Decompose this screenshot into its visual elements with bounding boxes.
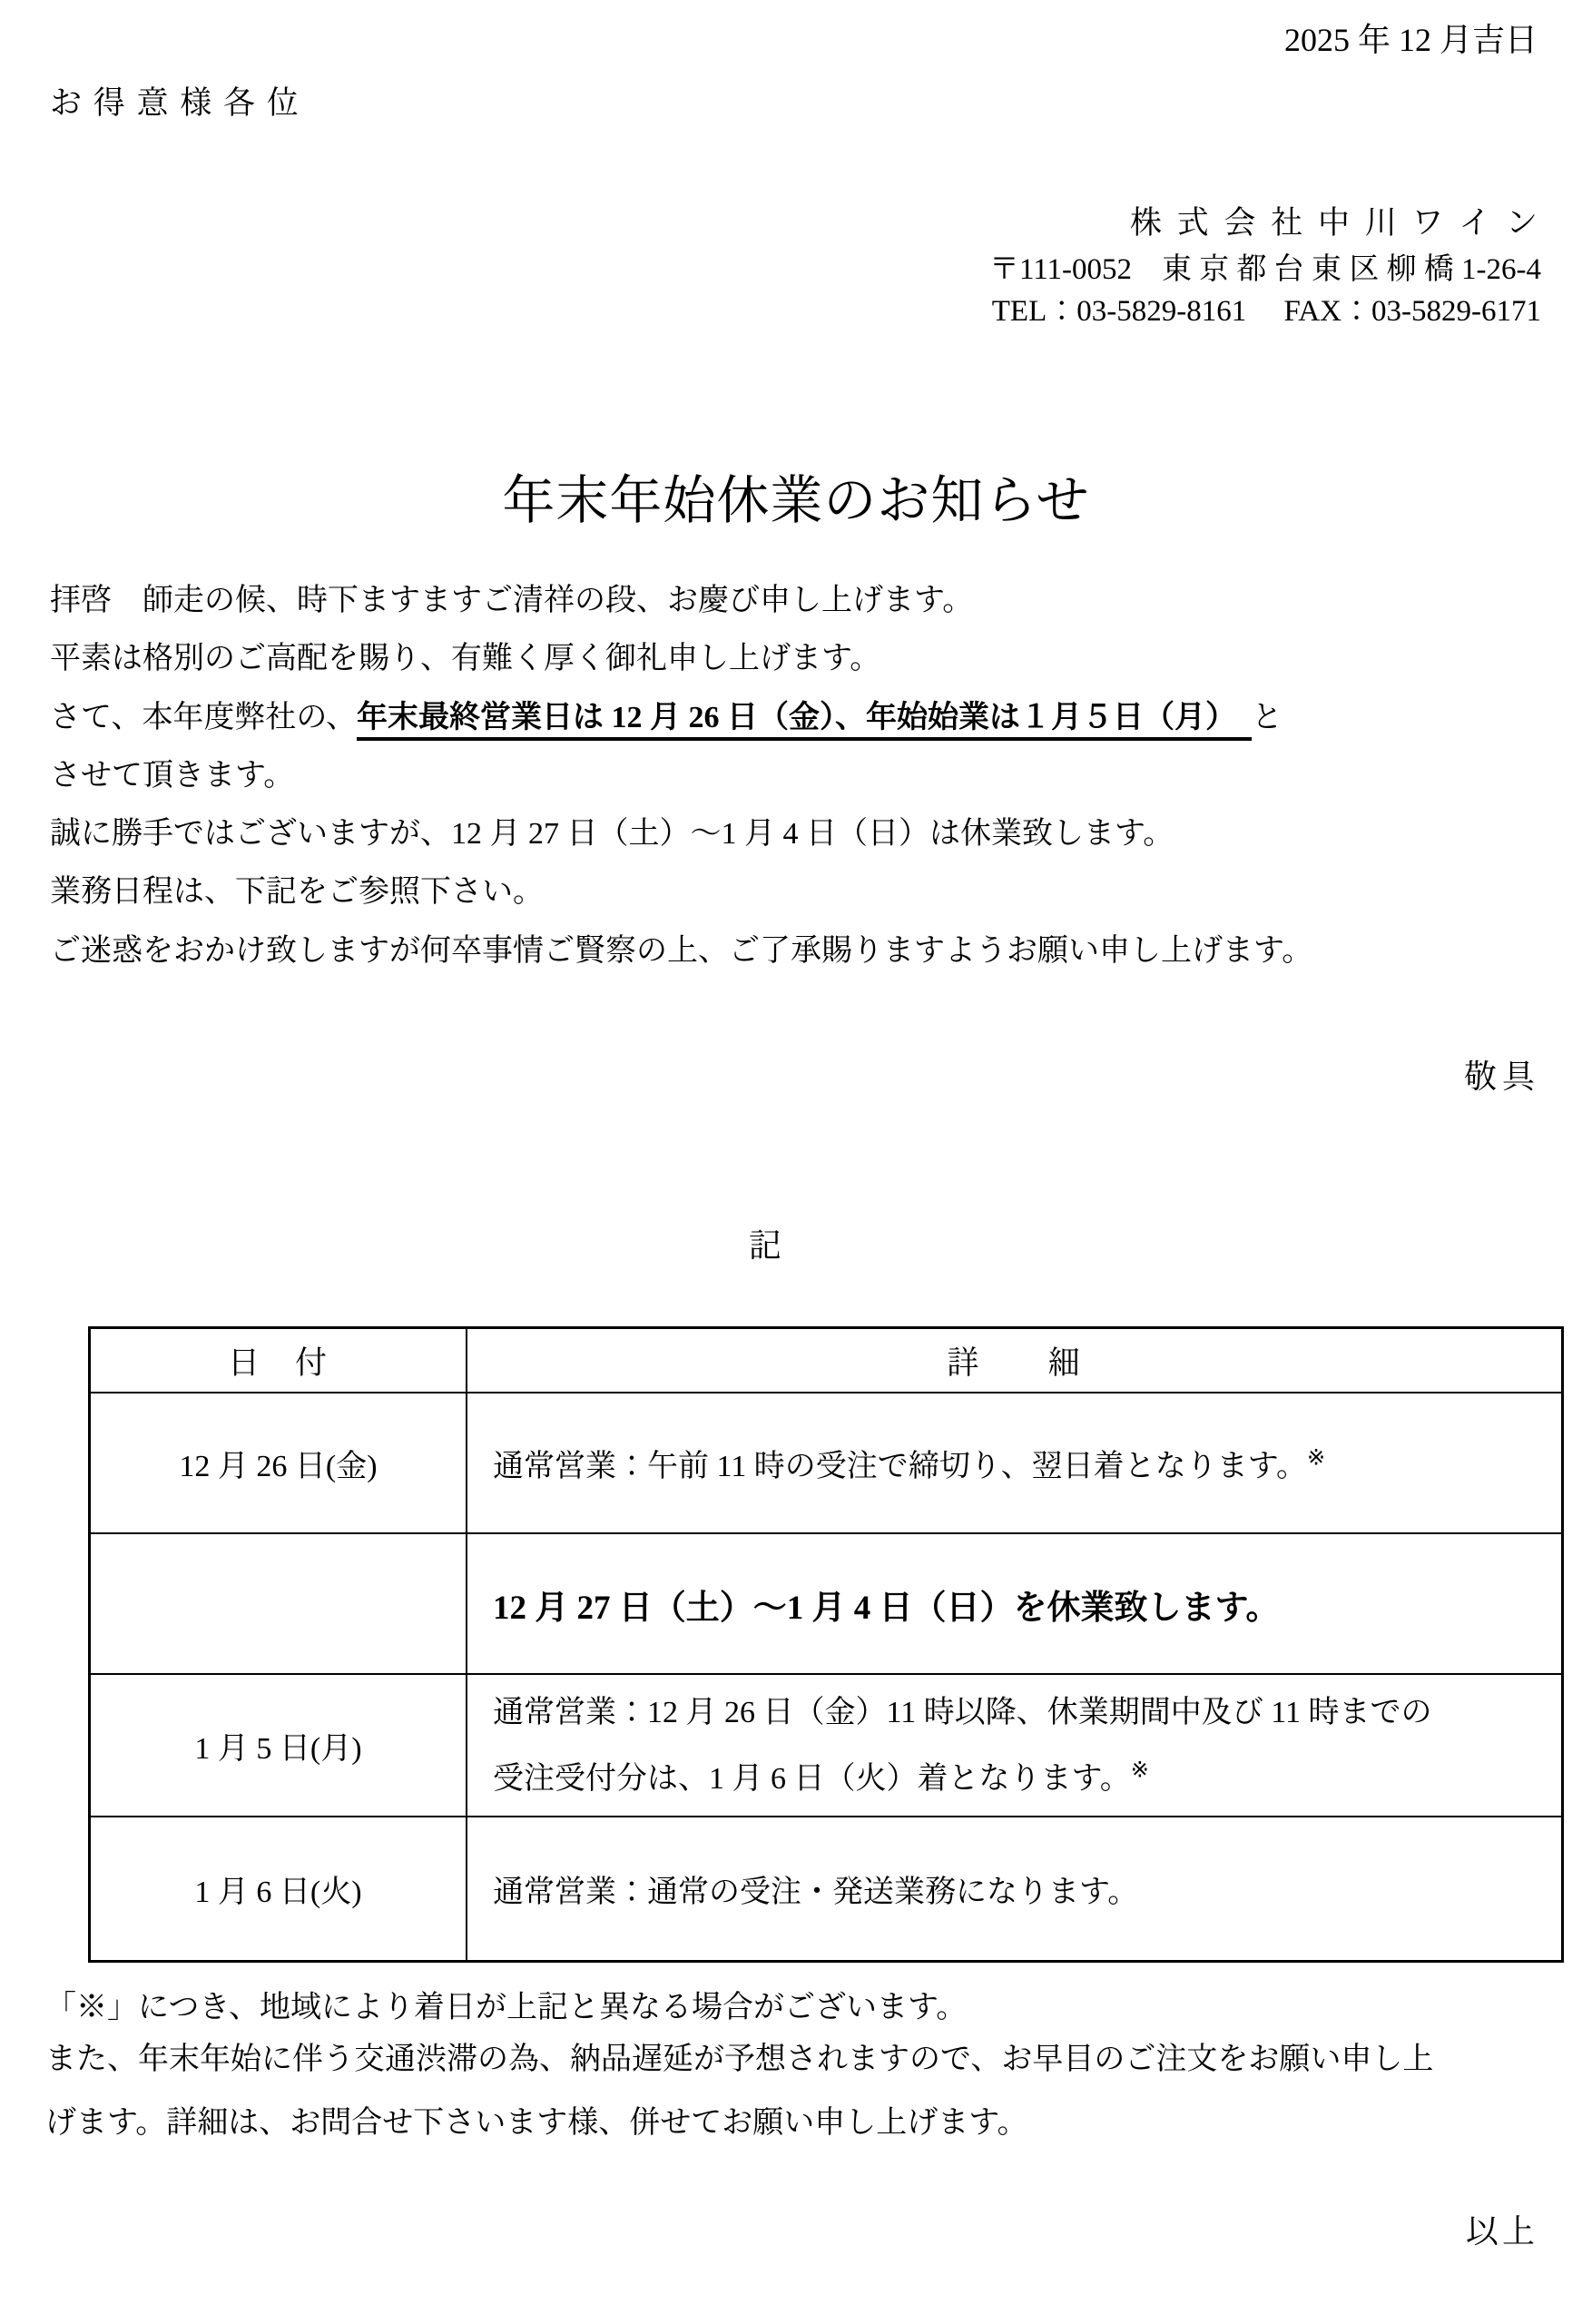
company-tel-fax: TEL：03-5829-8161 FAX：03-5829-6171 [989, 290, 1541, 332]
table-row: 12 月 27 日（土）～1 月 4 日（日）を休業致します。 [91, 1534, 1561, 1675]
detail-line: 受注受付分は、1 月 6 日（火）着となります。 [493, 1762, 1131, 1796]
table-row: 12 月 26 日(金) 通常営業：午前 11 時の受注で締切り、翌日着となりま… [91, 1393, 1561, 1534]
detail-line-2: 受注受付分は、1 月 6 日（火）着となります。※ [493, 1746, 1561, 1812]
table-row: 1 月 5 日(月) 通常営業：12 月 26 日（金）11 時以降、休業期間中… [91, 1675, 1561, 1817]
date-cell: 1 月 6 日(火) [91, 1817, 467, 1960]
letter-page: 2025 年 12 月吉日 お 得 意 様 各 位 株 式 会 社 中 川 ワ … [0, 0, 1592, 2324]
detail-cell: 通常営業：午前 11 時の受注で締切り、翌日着となります。※ [467, 1393, 1561, 1532]
body-line-7: ご迷惑をおかけ致しますが何卒事情ご賢察の上、ご了承賜りますようお願い申し上げます… [50, 922, 1312, 980]
header-detail-cell: 詳 細 [467, 1329, 1561, 1392]
footnote-asterisk-note: 「※」につき、地域により着日が上記と異なる場合がございます。 [45, 1982, 967, 2026]
note-asterisk: ※ [1131, 1758, 1149, 1782]
detail-cell: 通常営業：通常の受注・発送業務になります。 [467, 1817, 1561, 1960]
end-marker: 以上 [1466, 2206, 1538, 2252]
table-header-row: 日 付 詳 細 [91, 1329, 1561, 1393]
footnote-traffic-note: また、年末年始に伴う交通渋滞の為、納品遅延が予想されますので、お早目のご注文をお… [45, 2028, 1433, 2155]
table-row: 1 月 6 日(火) 通常営業：通常の受注・発送業務になります。 [91, 1817, 1561, 1960]
document-date: 2025 年 12 月吉日 [1284, 15, 1538, 61]
sender-block: 株 式 会 社 中 川 ワ イ ン 〒111-0052 東 京 都 台 東 区 … [989, 198, 1541, 332]
body-line-3: さて、本年度弊社の、年末最終営業日は 12 月 26 日（金）、年始始業は１月５… [50, 689, 1312, 747]
body-line-6: 業務日程は、下記をご参照下さい。 [50, 863, 1312, 921]
detail-line-1: 通常営業：12 月 26 日（金）11 時以降、休業期間中及び 11 時までの [493, 1679, 1561, 1746]
body-line-2: 平素は格別のご高配を賜り、有難く厚く御礼申し上げます。 [50, 630, 1312, 688]
detail-cell: 12 月 27 日（土）～1 月 4 日（日）を休業致します。 [467, 1534, 1561, 1673]
date-cell: 12 月 26 日(金) [91, 1393, 467, 1532]
body-line-3-suffix: と [1252, 701, 1282, 734]
footnote-line-2: げます。詳細は、お問合せ下さいます様、併せてお願い申し上げます。 [45, 2092, 1433, 2155]
closing-salutation: 敬具 [1464, 1051, 1540, 1098]
date-cell [91, 1534, 467, 1673]
body-text: 拝啓 師走の候、時下ますますご清祥の段、お慶び申し上げます。 平素は格別のご高配… [50, 572, 1312, 980]
body-line-3-prefix: さて、本年度弊社の、 [50, 701, 357, 734]
closing-dates-emphasis: 年末最終営業日は 12 月 26 日（金）、年始始業は１月５日（月） [357, 701, 1252, 741]
body-line-5: 誠に勝手ではございますが、12 月 27 日（土）～1 月 4 日（日）は休業致… [50, 805, 1312, 863]
detail-line: 通常営業：午前 11 時の受注で締切り、翌日着となります。 [493, 1450, 1307, 1483]
body-line-4: させて頂きます。 [50, 747, 1312, 805]
document-title: 年末年始休業のお知らせ [0, 458, 1592, 534]
date-cell: 1 月 5 日(月) [91, 1675, 467, 1816]
detail-text: 通常営業：通常の受注・発送業務になります。 [493, 1866, 1561, 1911]
detail-text: 通常営業：午前 11 時の受注で締切り、翌日着となります。※ [493, 1441, 1561, 1485]
footnote-line-1: また、年末年始に伴う交通渋滞の為、納品遅延が予想されますので、お早目のご注文をお… [45, 2028, 1433, 2092]
header-date-cell: 日 付 [91, 1329, 467, 1392]
company-name: 株 式 会 社 中 川 ワ イ ン [989, 198, 1541, 249]
holiday-period-text: 12 月 27 日（土）～1 月 4 日（日）を休業致します。 [493, 1580, 1561, 1629]
detail-cell: 通常営業：12 月 26 日（金）11 時以降、休業期間中及び 11 時までの … [467, 1675, 1561, 1816]
note-asterisk: ※ [1307, 1447, 1325, 1471]
recipient-line: お 得 意 様 各 位 [50, 78, 300, 123]
schedule-table: 日 付 詳 細 12 月 26 日(金) 通常営業：午前 11 時の受注で締切り… [88, 1326, 1564, 1963]
body-line-1: 拝啓 師走の候、時下ますますご清祥の段、お慶び申し上げます。 [50, 572, 1312, 630]
company-address: 〒111-0052 東 京 都 台 東 区 柳 橋 1-26-4 [989, 249, 1541, 290]
record-marker: 記 [0, 1220, 1530, 1266]
